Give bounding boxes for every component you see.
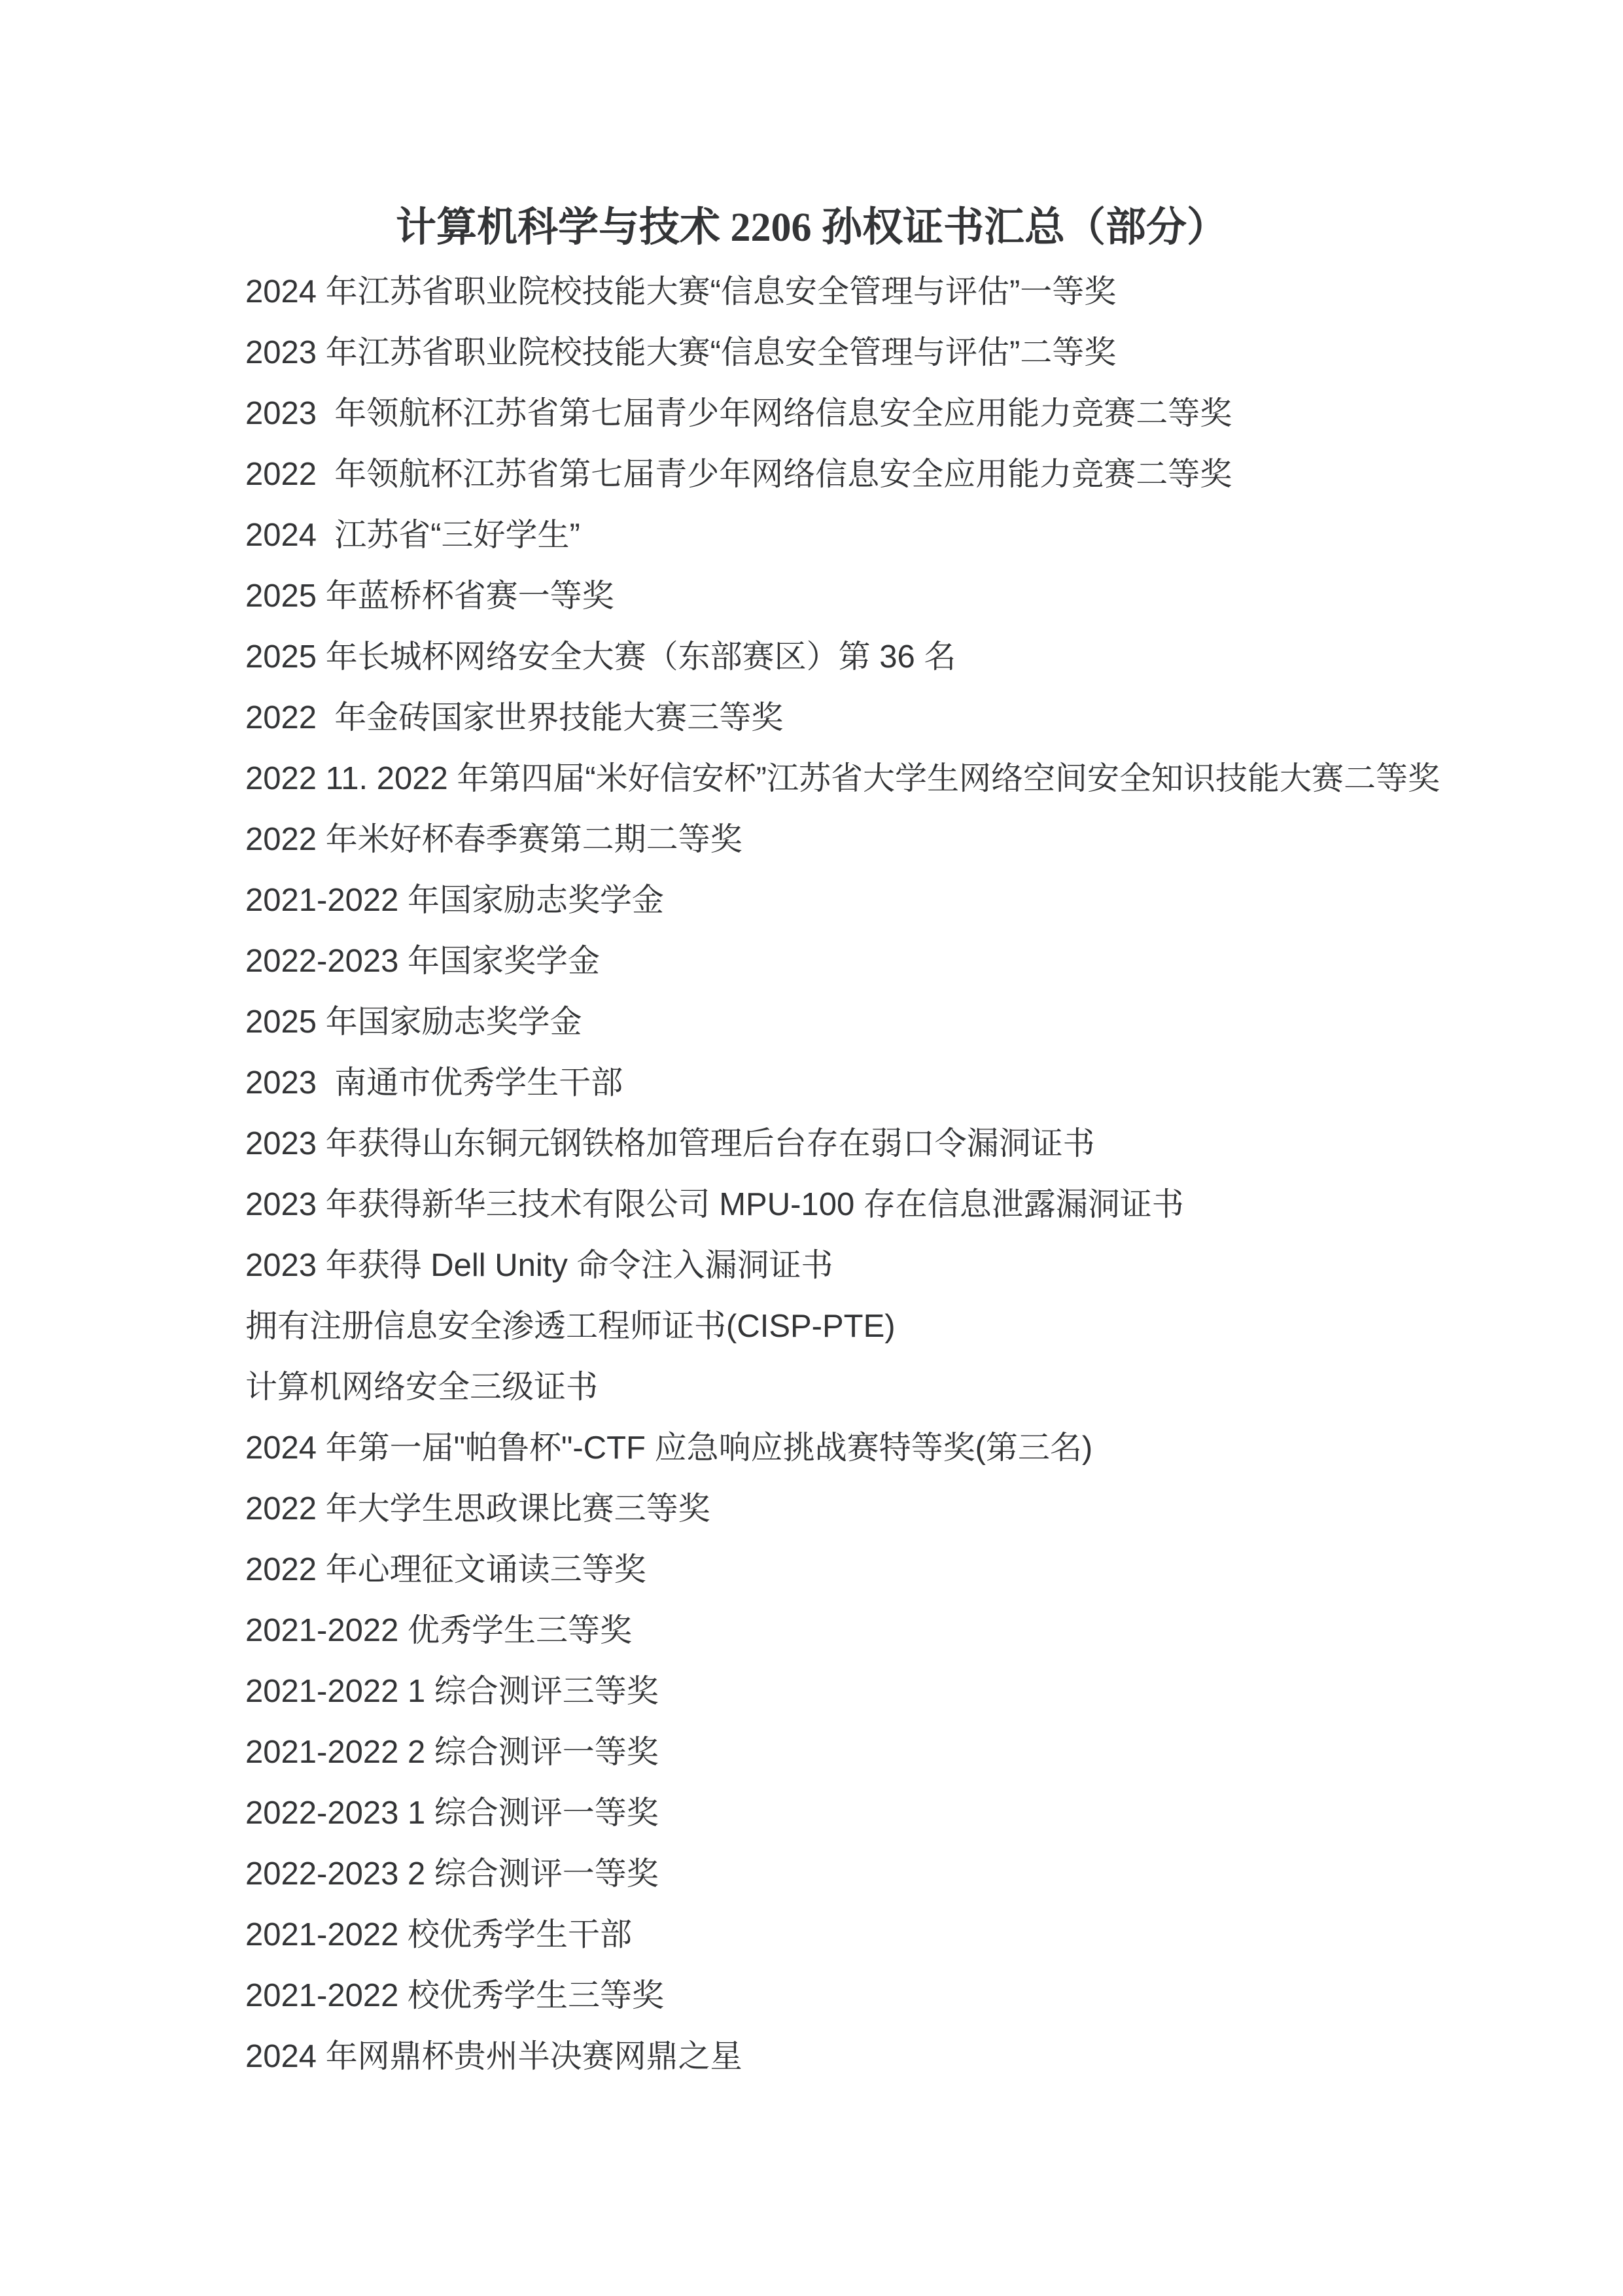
certificate-line: 2023 年获得山东铜元钢铁格加管理后台存在弱口令漏洞证书: [245, 1114, 1584, 1174]
certificate-line: 2022 年领航杯江苏省第七届青少年网络信息安全应用能力竞赛二等奖: [245, 444, 1584, 505]
certificate-line: 2021-2022 优秀学生三等奖: [245, 1600, 1584, 1661]
certificate-line: 2023 年江苏省职业院校技能大赛“信息安全管理与评估”二等奖: [245, 323, 1584, 383]
certificate-line: 2024 年网鼎杯贵州半决赛网鼎之星: [245, 2026, 1584, 2087]
certificate-line: 2022-2023 2 综合测评一等奖: [245, 1844, 1584, 1905]
certificate-line: 2023 南通市优秀学生干部: [245, 1053, 1584, 1114]
certificate-line: 2022 年米好杯春季赛第二期二等奖: [245, 809, 1584, 870]
certificate-line: 2021-2022 2 综合测评一等奖: [245, 1722, 1584, 1783]
certificate-line: 2022 11. 2022 年第四届“米好信安杯”江苏省大学生网络空间安全知识技…: [245, 749, 1584, 809]
certificate-line: 2023 年获得新华三技术有限公司 MPU-100 存在信息泄露漏洞证书: [245, 1174, 1584, 1235]
certificate-line: 2022 年金砖国家世界技能大赛三等奖: [245, 688, 1584, 749]
certificate-list: 2024 年江苏省职业院校技能大赛“信息安全管理与评估”一等奖2023 年江苏省…: [0, 262, 1623, 2087]
certificate-line: 计算机网络安全三级证书: [245, 1357, 1584, 1418]
certificate-line: 2023 年获得 Dell Unity 命令注入漏洞证书: [245, 1235, 1584, 1296]
certificate-line: 2023 年领航杯江苏省第七届青少年网络信息安全应用能力竞赛二等奖: [245, 383, 1584, 444]
certificate-line: 2022-2023 1 综合测评一等奖: [245, 1783, 1584, 1844]
certificate-line: 2021-2022 校优秀学生三等奖: [245, 1966, 1584, 2026]
certificate-line: 2021-2022 年国家励志奖学金: [245, 870, 1584, 931]
certificate-line: 2022 年心理征文诵读三等奖: [245, 1540, 1584, 1600]
certificate-line: 2024 年第一届"帕鲁杯"-CTF 应急响应挑战赛特等奖(第三名): [245, 1418, 1584, 1479]
certificate-line: 2024 江苏省“三好学生”: [245, 505, 1584, 566]
certificate-line: 拥有注册信息安全渗透工程师证书(CISP-PTE): [245, 1296, 1584, 1357]
certificate-line: 2025 年长城杯网络安全大赛（东部赛区）第 36 名: [245, 627, 1584, 688]
certificate-line: 2025 年国家励志奖学金: [245, 992, 1584, 1053]
certificate-line: 2025 年蓝桥杯省赛一等奖: [245, 566, 1584, 627]
certificate-line: 2022 年大学生思政课比赛三等奖: [245, 1479, 1584, 1540]
certificate-line: 2021-2022 校优秀学生干部: [245, 1905, 1584, 1966]
document-page: 计算机科学与技术 2206 孙权证书汇总（部分） 2024 年江苏省职业院校技能…: [0, 0, 1623, 2296]
certificate-line: 2024 年江苏省职业院校技能大赛“信息安全管理与评估”一等奖: [245, 262, 1584, 323]
certificate-line: 2022-2023 年国家奖学金: [245, 931, 1584, 992]
certificate-line: 2021-2022 1 综合测评三等奖: [245, 1661, 1584, 1722]
page-title: 计算机科学与技术 2206 孙权证书汇总（部分）: [0, 0, 1623, 254]
